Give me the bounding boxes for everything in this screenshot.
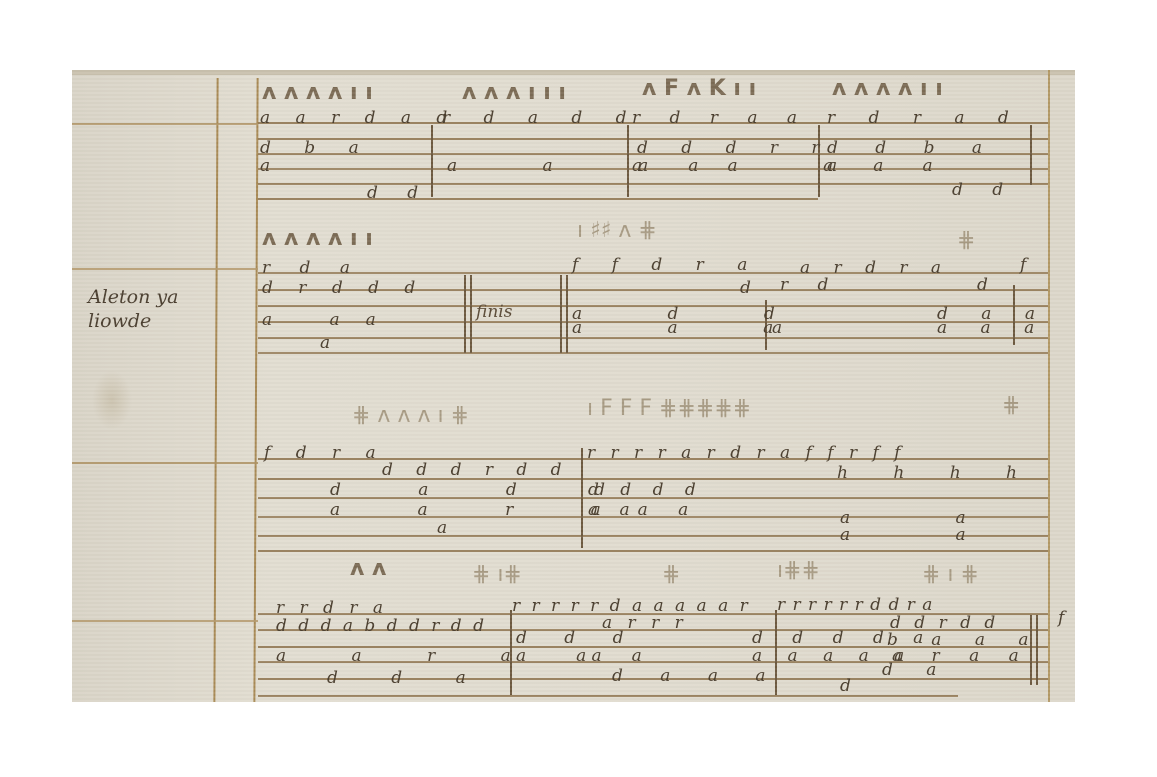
rhythm-flag: ı⋕⋕	[777, 560, 820, 582]
tab-letters: r d a d d	[442, 110, 641, 127]
rhythm-flag: ʌ ʌ ʌ ʌ ı ı	[262, 82, 373, 104]
rhythm-flag: ʌ ʌ ʌ ʌ ı ı	[832, 78, 943, 100]
margin-hline	[72, 123, 258, 125]
tab-letters: r r d r a	[276, 600, 388, 617]
manuscript-page: Aleton ya liowde ʌ ʌ ʌ ʌ ı ı ʌ ʌ ʌ ı ı ı…	[72, 70, 1075, 702]
piece-title: Aleton ya liowde	[88, 286, 178, 334]
tab-letters: h h h h	[837, 465, 1037, 482]
double-barline	[464, 275, 466, 353]
rhythm-flag: ı ♯♯ ʌ ⋕	[577, 220, 657, 242]
tab-letters: a	[437, 520, 447, 537]
tab-letters: d	[977, 277, 988, 294]
tab-letters: d d	[952, 182, 1015, 199]
tab-letters: d d d a b d d r d d	[276, 618, 487, 635]
tab-letters: d a a a	[612, 668, 782, 685]
double-barline	[560, 275, 562, 353]
tab-letters: d d d	[516, 630, 639, 647]
double-barline	[470, 275, 472, 353]
margin-rule-left	[213, 78, 218, 702]
staff-line	[258, 550, 1048, 552]
rhythm-flag: ⋕	[957, 230, 975, 252]
margin-hline	[72, 268, 258, 270]
barline	[1030, 125, 1032, 185]
rhythm-flag: ⋕ ı ⋕	[922, 564, 979, 586]
margin-hline	[72, 620, 258, 622]
tab-letters: a	[260, 158, 270, 175]
ink-stain	[92, 370, 132, 430]
rhythm-flag: ʌ F ʌ K ı ı	[642, 78, 756, 100]
tab-letters: a a r d a d	[260, 110, 457, 127]
tab-letters: f d r a	[264, 445, 386, 462]
page-right-rule	[1048, 70, 1050, 702]
margin-rule-right	[253, 78, 258, 702]
rhythm-flag: ʌ ʌ	[350, 558, 386, 580]
tab-letters: d	[840, 678, 851, 695]
piece-title-line1: Aleton ya	[88, 286, 178, 310]
tab-letters: d d b a	[827, 140, 998, 157]
rhythm-flag: ʌ ʌ ʌ ı ı ı	[462, 82, 566, 104]
tab-letters: d r d d d	[262, 280, 425, 297]
tab-letters: r r r r a r d r a f f r f f	[587, 445, 905, 462]
tab-letters: a a	[827, 158, 973, 175]
rhythm-flag: ⋕ ʌ ʌ ʌ ı ⋕	[352, 405, 469, 427]
tab-letters: a aa	[262, 312, 402, 329]
double-barline	[1036, 615, 1038, 685]
tab-letters: a aa	[588, 502, 656, 519]
rhythm-flag: ı F F F ⋕⋕⋕⋕⋕	[587, 398, 751, 420]
rhythm-flag: ⋕	[662, 564, 680, 586]
tab-letters: d a	[882, 662, 950, 679]
tab-letters: d d d r d d	[382, 462, 571, 479]
tab-letters: a a r a a	[330, 502, 724, 519]
rhythm-flag: ⋕	[1002, 395, 1020, 417]
tab-letters: a a a a	[840, 510, 1075, 544]
finis-marking: finis	[476, 302, 512, 322]
tab-letters: r d	[780, 277, 840, 294]
tab-letters: a aa	[516, 648, 672, 665]
staff-line	[258, 352, 1048, 354]
tab-letters: d	[740, 280, 751, 297]
tab-letters: d d d d	[588, 482, 704, 499]
tab-letters: f	[1020, 257, 1026, 274]
piece-title-line2: liowde	[88, 310, 178, 334]
tab-letters: r r r r r r d d r a	[777, 597, 933, 614]
double-barline	[566, 275, 568, 353]
barline	[431, 125, 433, 197]
staff-line	[258, 198, 818, 200]
tab-letters: f f d r a	[572, 257, 761, 274]
tab-letters: r d a	[262, 260, 362, 277]
page-top-edge	[72, 70, 1075, 75]
tab-letters: f	[1058, 610, 1064, 627]
tab-letters: a	[320, 335, 330, 352]
tab-letters: r d r a a	[632, 110, 809, 127]
tab-letters: d d a	[327, 670, 490, 687]
tab-letters: d d d r r	[637, 140, 834, 157]
margin-hline	[72, 462, 258, 464]
tab-letters: r d r a d	[827, 110, 1023, 127]
rhythm-flag: ʌ ʌ ʌ ʌ ı ı	[262, 228, 373, 250]
tab-letters: d d	[367, 185, 430, 202]
tab-letters: a a a	[937, 320, 1048, 337]
tab-letters: d b a	[260, 140, 373, 157]
rhythm-flag: ⋕ ı⋕	[472, 564, 522, 586]
tab-letters: a	[772, 320, 782, 337]
staff-line	[258, 695, 958, 697]
